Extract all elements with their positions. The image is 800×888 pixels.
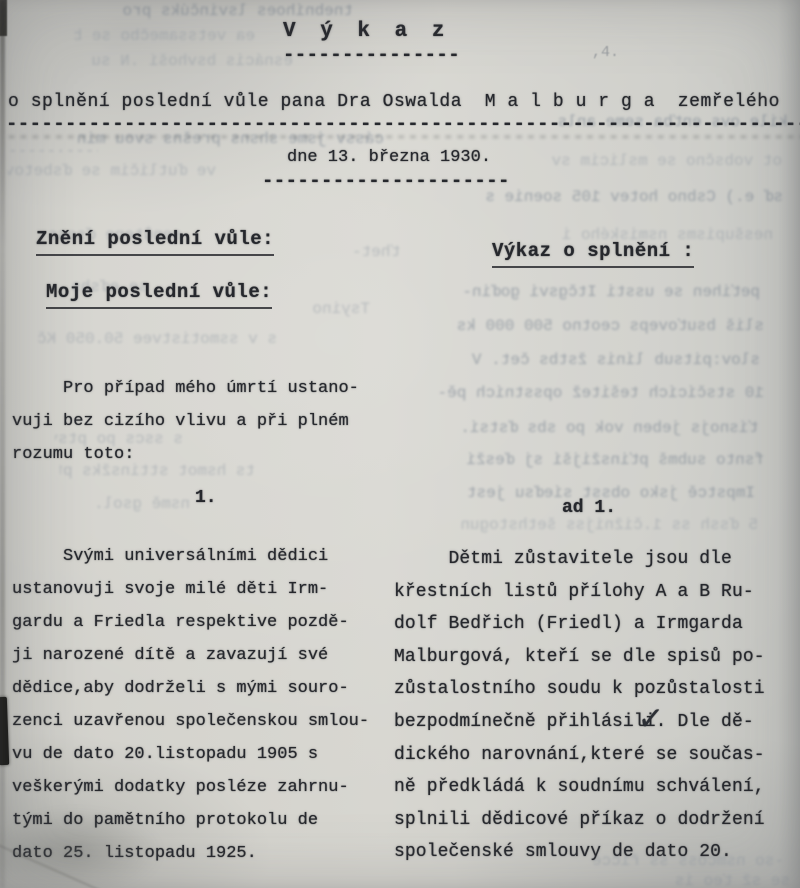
left-section-number: 1. <box>195 488 217 508</box>
left-heading-moje: Moje poslední vůle: <box>46 281 272 309</box>
typed-text-layer: V ý k a z --------------- o splnění posl… <box>0 0 800 888</box>
right-edge-shadow <box>778 0 800 888</box>
scanned-document-page: tnebníhoes lsvinčúks pro ea vetssamečbo … <box>0 0 800 888</box>
right-heading-vykaz: Výkaz o splnění : <box>492 240 694 268</box>
faint-page-mark: ,4. <box>592 44 619 61</box>
date-underline: --------------------- <box>262 170 510 192</box>
document-subtitle: o splnění poslední vůle pana Dra Oswalda… <box>8 92 780 112</box>
date-line: dne 13. března 1930. <box>287 148 491 167</box>
right-section-number: ad 1. <box>562 498 616 518</box>
left-heading-zneni: Znění poslední vůle: <box>36 228 274 256</box>
document-title: V ý k a z <box>283 20 450 43</box>
subtitle-underline: ----------------------------------------… <box>6 113 800 135</box>
right-paragraph-report: Dětmi zůstavitele jsou dle křestních lis… <box>394 543 765 869</box>
title-underline: --------------- <box>283 44 460 66</box>
corner-smudge-stain <box>0 808 163 888</box>
left-paragraph-intro: Pro případ mého úmrtí ustano- vuji bez c… <box>12 372 359 471</box>
edge-ink-mark-top <box>0 0 7 36</box>
